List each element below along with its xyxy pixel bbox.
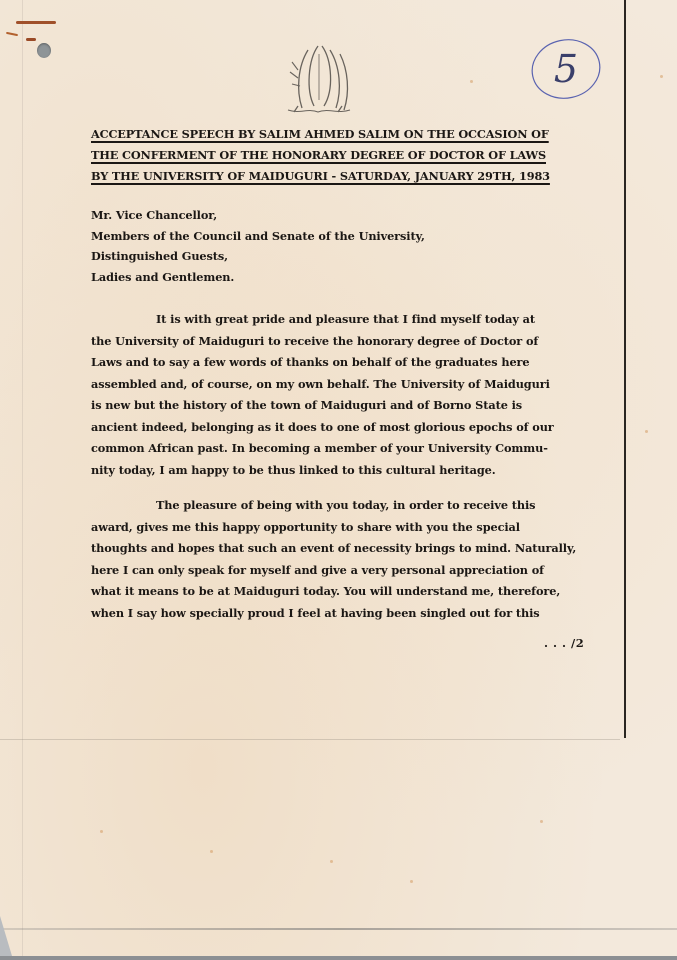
rust-staple-mark bbox=[26, 38, 36, 41]
coat-of-arms-emblem-icon bbox=[278, 40, 358, 120]
salutation-line: Ladies and Gentlemen. bbox=[91, 267, 425, 288]
paragraph-line: thoughts and hopes that such an event of… bbox=[91, 538, 591, 560]
paragraph-line: common African past. In becoming a membe… bbox=[91, 438, 591, 460]
punch-hole-icon bbox=[37, 43, 51, 58]
paragraph-line: when I say how specially proud I feel at… bbox=[91, 603, 591, 625]
title-line: THE CONFERMENT OF THE HONORARY DEGREE OF… bbox=[91, 145, 571, 166]
foxing-speck bbox=[540, 820, 543, 823]
title-line: ACCEPTANCE SPEECH BY SALIM AHMED SALIM O… bbox=[91, 124, 571, 145]
paragraph-line: assembled and, of course, on my own beha… bbox=[91, 374, 591, 396]
page-continuation-marker: . . . /2 bbox=[544, 636, 584, 650]
paragraph-line: award, gives me this happy opportunity t… bbox=[91, 517, 591, 539]
page-crease bbox=[0, 739, 620, 740]
body-paragraph-2: The pleasure of being with you today, in… bbox=[91, 495, 591, 624]
paragraph-line: what it means to be at Maiduguri today. … bbox=[91, 581, 591, 603]
paragraph-line: nity today, I am happy to be thus linked… bbox=[91, 460, 591, 482]
page-bottom-edge bbox=[0, 956, 677, 960]
salutation-line: Distinguished Guests, bbox=[91, 246, 425, 267]
foxing-speck bbox=[470, 80, 473, 83]
margin-rule bbox=[624, 0, 626, 738]
document-page: 5 ACCEPTANCE SPEECH BY SALIM AHMED SALIM… bbox=[0, 0, 677, 960]
paragraph-line: here I can only speak for myself and giv… bbox=[91, 560, 591, 582]
folio-number-annotation: 5 bbox=[530, 37, 602, 101]
rust-staple-mark bbox=[6, 32, 18, 36]
paragraph-line: ancient indeed, belonging as it does to … bbox=[91, 417, 591, 439]
foxing-speck bbox=[330, 860, 333, 863]
paragraph-line: Laws and to say a few words of thanks on… bbox=[91, 352, 591, 374]
salutation-line: Mr. Vice Chancellor, bbox=[91, 205, 425, 226]
title-line: BY THE UNIVERSITY OF MAIDUGURI - SATURDA… bbox=[91, 166, 571, 187]
rust-staple-mark bbox=[16, 21, 56, 24]
bottom-fold-line bbox=[0, 928, 677, 930]
foxing-speck bbox=[410, 880, 413, 883]
body-paragraph-1: It is with great pride and pleasure that… bbox=[91, 309, 591, 481]
foxing-speck bbox=[100, 830, 103, 833]
foxing-speck bbox=[660, 75, 663, 78]
paragraph-line: The pleasure of being with you today, in… bbox=[91, 495, 591, 517]
folded-corner bbox=[0, 916, 12, 956]
speech-title: ACCEPTANCE SPEECH BY SALIM AHMED SALIM O… bbox=[91, 124, 571, 187]
salutation-line: Members of the Council and Senate of the… bbox=[91, 226, 425, 247]
folio-number: 5 bbox=[530, 37, 602, 101]
paragraph-line: It is with great pride and pleasure that… bbox=[91, 309, 591, 331]
paragraph-line: the University of Maiduguri to receive t… bbox=[91, 331, 591, 353]
foxing-speck bbox=[210, 850, 213, 853]
paragraph-line: is new but the history of the town of Ma… bbox=[91, 395, 591, 417]
page-edge-line bbox=[22, 0, 23, 960]
salutation-block: Mr. Vice Chancellor, Members of the Coun… bbox=[91, 205, 425, 287]
foxing-speck bbox=[645, 430, 648, 433]
